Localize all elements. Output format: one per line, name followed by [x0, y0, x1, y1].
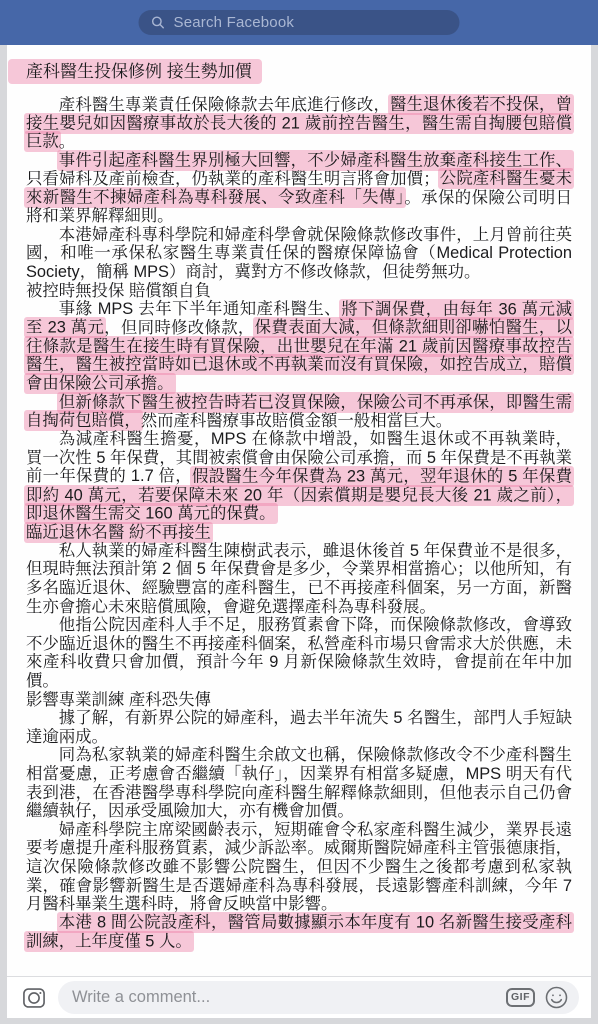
article-title: 產科醫生投保修例 接生勢加價	[26, 63, 572, 82]
body-text: 產科醫生專業責任保險條款去年底進行修改，	[59, 96, 390, 114]
article-paragraph: 產科醫生專業責任保險條款去年底進行修改，醫生退休後若不投保，曾接生嬰兒如因醫療事…	[26, 96, 572, 152]
body-text: 只看婦科及產前檢查，仍執業的產科醫生明言將會加價；	[26, 170, 440, 188]
body-text: ，但同時修改條款，	[104, 319, 254, 337]
facebook-mobile-screen: Search Facebook 產科醫生投保修例 接生勢加價產科醫生專業責任保險…	[0, 0, 598, 1024]
article-paragraph: 他指公院因產科人手不足，服務質素會下降，而保險條款修改，會導致不少臨近退休的醫生…	[26, 616, 572, 690]
article-subheading: 影響專業訓練 產科恐失傳	[26, 691, 572, 710]
highlighted-text: 產科醫生投保修例 接生勢加價	[8, 59, 262, 84]
body-text: 私人執業的婦產科醫生陳樹武表示，雖退休後首 5 年保費並不是很多，但現時無法預計…	[26, 542, 572, 616]
body-text: 影響專業訓練 產科恐失傳	[26, 691, 211, 709]
article-subheading: 被控時無投保 賠償額自負	[26, 282, 572, 301]
article-paragraph: 事緣 MPS 去年下半年通知產科醫生、將下調保費，由每年 36 萬元減至 23 …	[26, 300, 572, 393]
body-text: 本港婦產科專科學院和婦產科學會就保險條款修改事件，上月曾前往英國，和唯一承保私家…	[26, 226, 572, 281]
highlighted-text: 本港 8 間公院設產科，醫管局數據顯示本年度有 10 名新醫生接受產科訓練，上年…	[24, 912, 574, 952]
search-placeholder: Search Facebook	[174, 14, 295, 31]
article-paragraph: 婦產科學院主席梁國齡表示，短期確會令私家產科醫生減少，業界長遠要考慮提升產科服務…	[26, 821, 572, 914]
article-paragraph: 本港 8 間公院設產科，醫管局數據顯示本年度有 10 名新醫生接受產科訓練，上年…	[26, 914, 572, 951]
article-paragraph: 據了解，有新界公院的婦產科，過去半年流失 5 名醫生，部門人手短缺達逾兩成。	[26, 709, 572, 746]
search-icon	[151, 15, 166, 30]
camera-button[interactable]	[21, 985, 47, 1011]
body-text: 同為私家執業的婦產科醫生余啟文也稱，保險條款修改令不少產科醫生相當憂慮，正考慮會…	[26, 746, 572, 820]
article-paragraph: 為減產科醫生擔憂，MPS 在條款中增設，如醫生退休或不再執業時，買一次性 5 年…	[26, 430, 572, 523]
body-text: 他指公院因產科人手不足，服務質素會下降，而保險條款修改，會導致不少臨近退休的醫生…	[26, 616, 572, 690]
article-body: 產科醫生投保修例 接生勢加價產科醫生專業責任保險條款去年底進行修改，醫生退休後若…	[7, 45, 591, 976]
facebook-header: Search Facebook	[0, 0, 598, 45]
smiley-icon	[544, 985, 569, 1010]
article-paragraph: 事件引起產科醫生界別極大回響，不少婦產科醫生放棄產科接生工作、只看婦科及產前檢查…	[26, 151, 572, 225]
body-text: 被控時無投保 賠償額自負	[26, 282, 211, 300]
search-bar[interactable]: Search Facebook	[139, 10, 460, 35]
camera-icon	[21, 985, 47, 1011]
body-text: 事緣 MPS 去年下半年通知產科醫生、	[59, 300, 341, 318]
body-text: 然而產科醫療事故賠償金額一般相當巨大。	[141, 412, 452, 430]
comment-input[interactable]: Write a comment... GIF	[58, 981, 579, 1014]
article-subheading: 臨近退休名醫 紛不再接生	[26, 523, 572, 542]
article-paragraph: 私人執業的婦產科醫生陳樹武表示，雖退休後首 5 年保費並不是很多，但現時無法預計…	[26, 542, 572, 616]
content-card: 產科醫生投保修例 接生勢加價產科醫生專業責任保險條款去年底進行修改，醫生退休後若…	[7, 45, 591, 1018]
comment-placeholder: Write a comment...	[72, 988, 210, 1007]
highlighted-text: 臨近退休名醫 紛不再接生	[24, 522, 213, 543]
body-text: 婦產科學院主席梁國齡表示，短期確會令私家產科醫生減少，業界長遠要考慮提升產科服務…	[26, 821, 572, 913]
body-text: 。	[59, 133, 75, 151]
article-paragraph: 同為私家執業的婦產科醫生余啟文也稱，保險條款修改令不少產科醫生相當憂慮，正考慮會…	[26, 746, 572, 820]
body-text: 據了解，有新界公院的婦產科，過去半年流失 5 名醫生，部門人手短缺達逾兩成。	[26, 709, 572, 746]
article-paragraph: 但新條款下醫生被控告時若已沒買保險，保險公司不再承保，即醫生需自掏荷包賠償，然而…	[26, 393, 572, 430]
emoji-button[interactable]	[544, 985, 569, 1010]
comment-bar: Write a comment... GIF	[7, 976, 591, 1018]
article-paragraph: 本港婦產科專科學院和婦產科學會就保險條款修改事件，上月曾前往英國，和唯一承保私家…	[26, 226, 572, 282]
gif-button[interactable]: GIF	[506, 988, 535, 1007]
